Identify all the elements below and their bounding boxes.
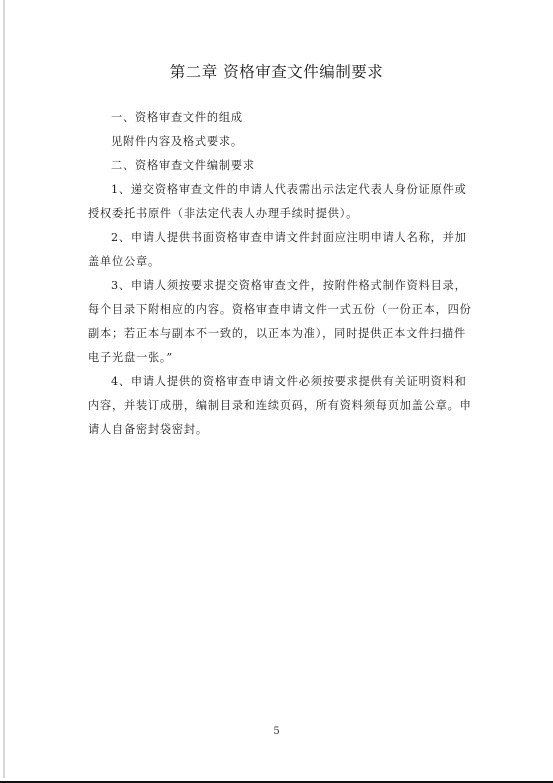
page-number: 5 [0,726,553,737]
chapter-title: 第二章 资格审查文件编制要求 [0,60,553,82]
section-1-paragraph: 见附件内容及格式要求。 [88,130,472,154]
requirement-paragraph-3: 3、申请人须按要求提交资格审查文件，按附件格式制作资料目录，每个目录下附相应的内… [88,274,472,370]
section-heading-1: 一、资格审查文件的组成 [88,106,472,130]
section-heading-2: 二、资格审查文件编制要求 [88,154,472,178]
requirement-paragraph-4: 4、申请人提供的资格审查申请文件必须按要求提供有关证明资料和内容，并装订成册，编… [88,370,472,442]
page-left-edge [3,0,5,778]
requirement-paragraph-2: 2、申请人提供书面资格审查申请文件封面应注明申请人名称，并加盖单位公章。 [88,226,472,274]
requirement-paragraph-1: 1、递交资格审查文件的申请人代表需出示法定代表人身份证原件或授权委托书原件（非法… [88,178,472,226]
document-body: 一、资格审查文件的组成 见附件内容及格式要求。 二、资格审查文件编制要求 1、递… [88,106,472,442]
